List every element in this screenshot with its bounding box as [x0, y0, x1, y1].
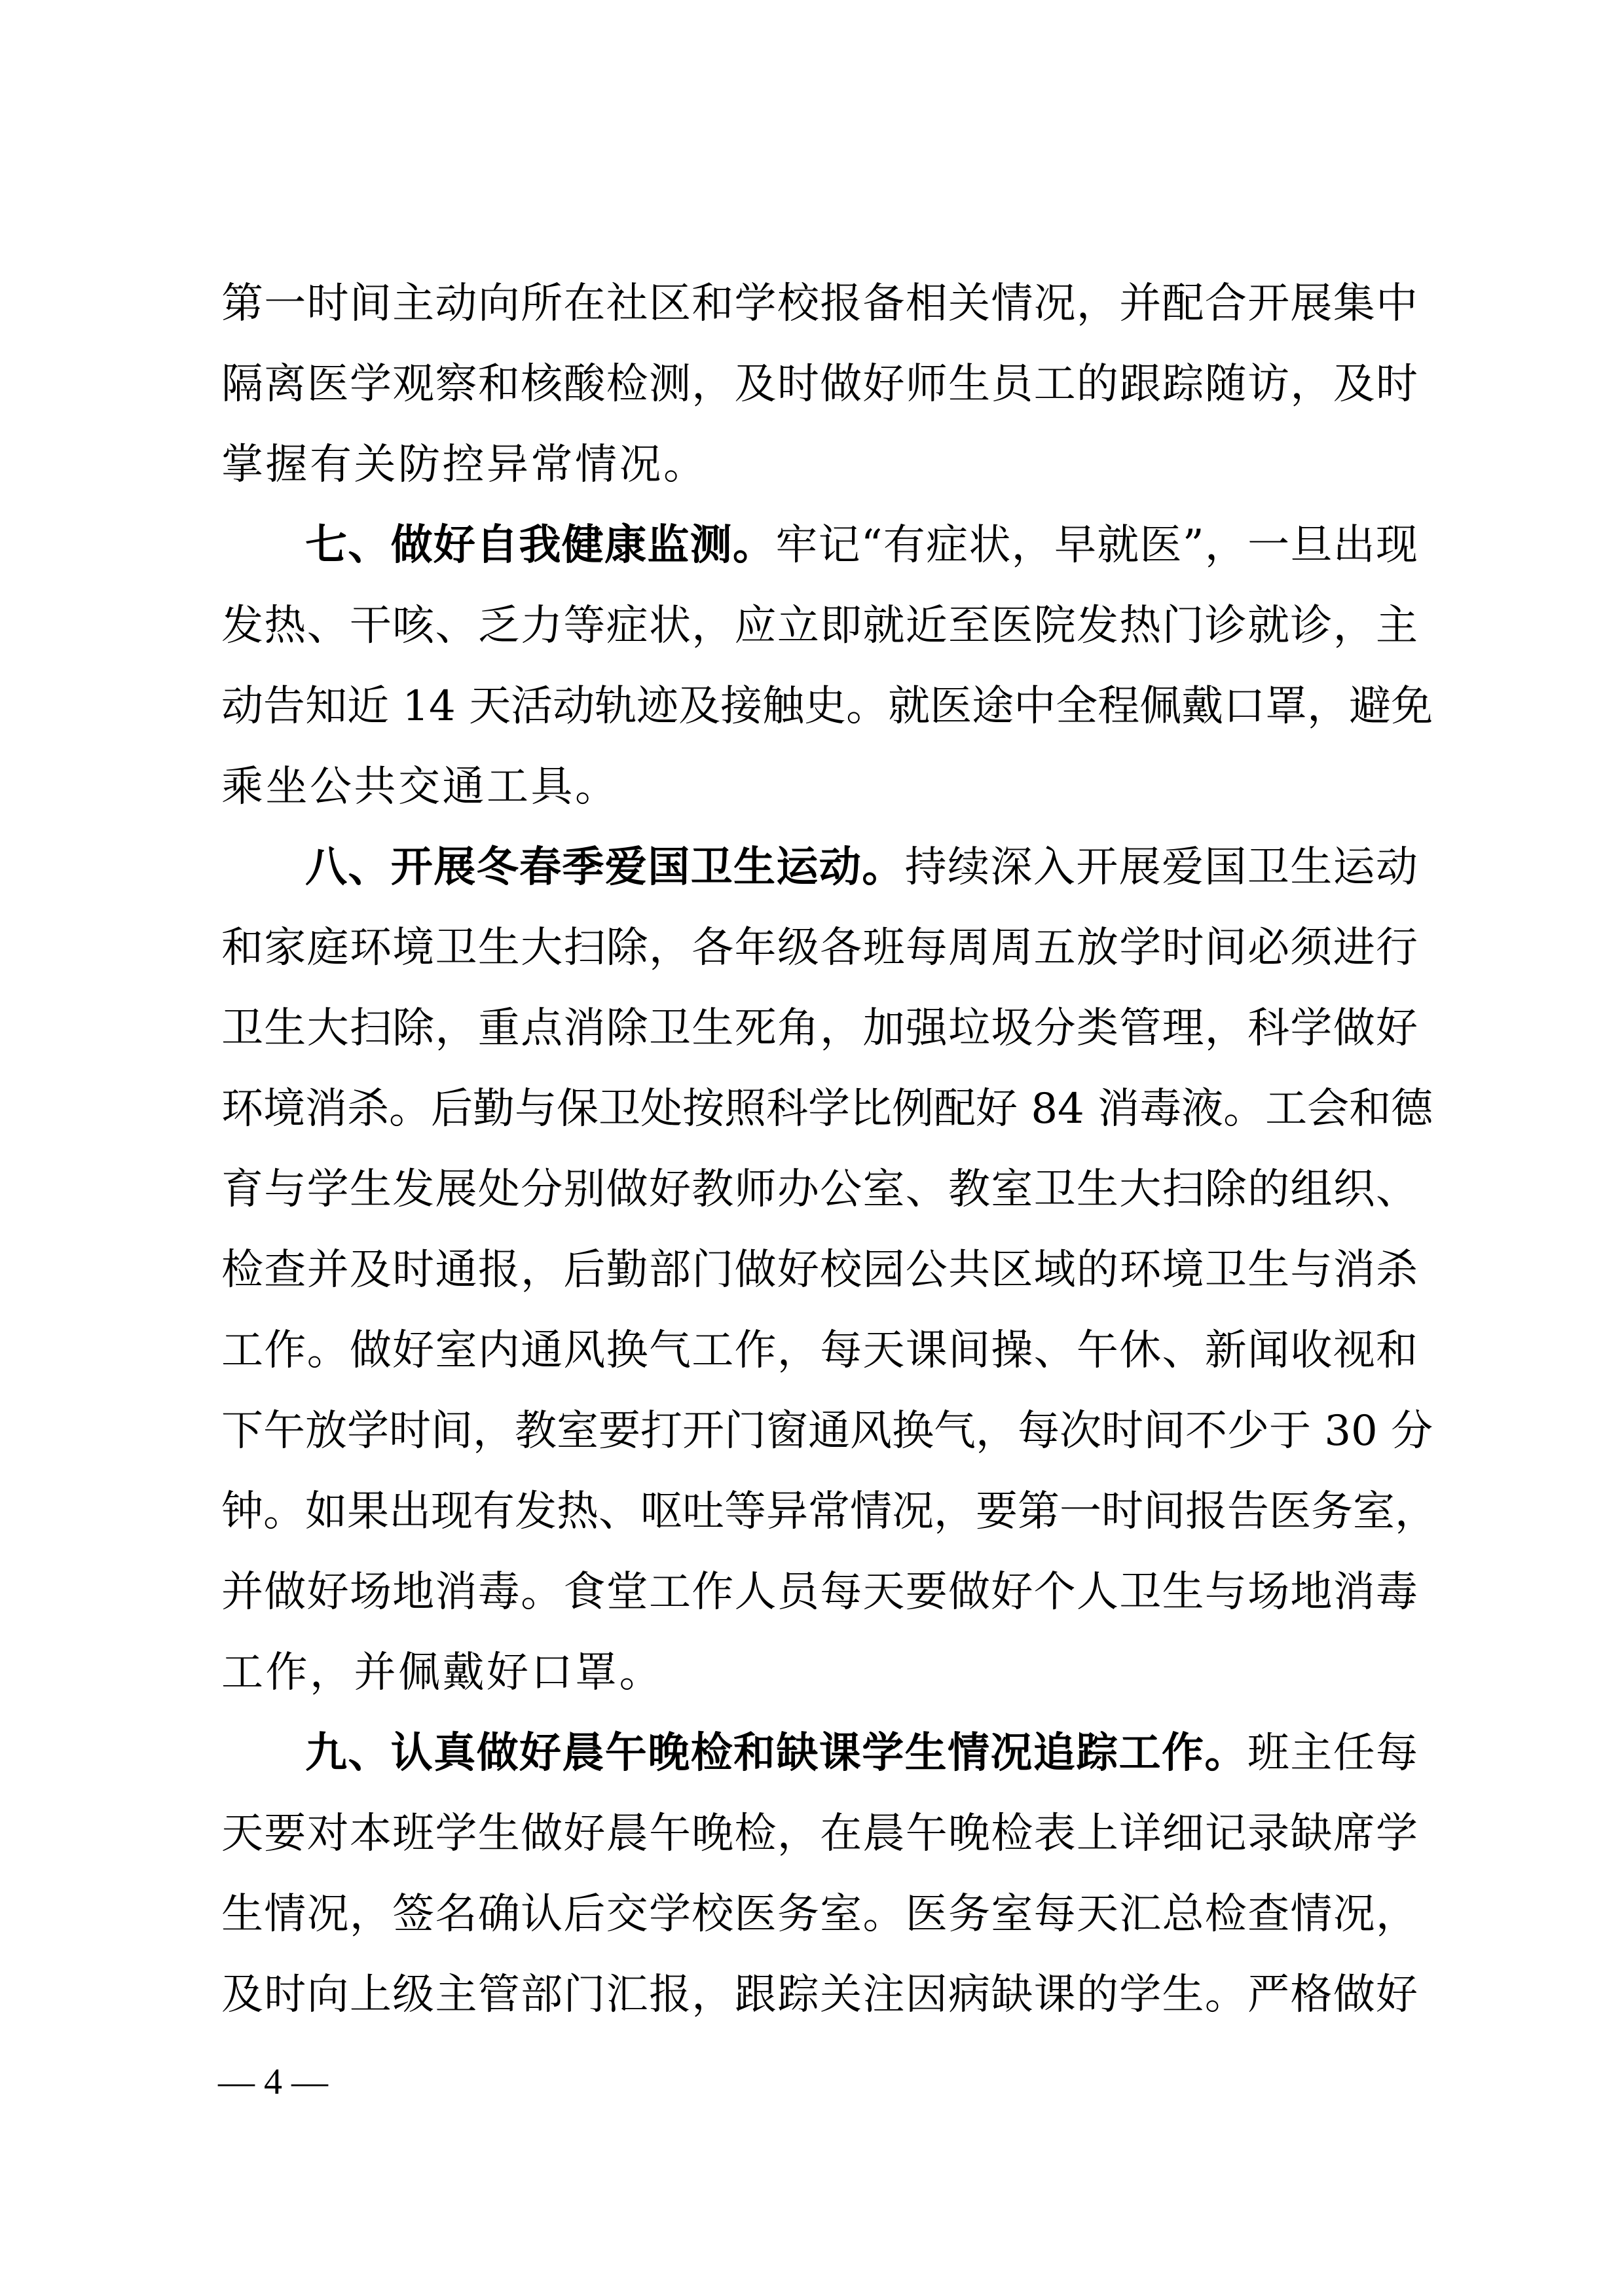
body-line: 动告知近 14 天活动轨迹及接触史。就医途中全程佩戴口罩，避免 [221, 666, 1418, 747]
section-8-first-line: 八、开展冬春季爱国卫生运动。持续深入开展爱国卫生运动 [305, 828, 1418, 908]
body-text: 班主任每 [1247, 1729, 1418, 1777]
body-line: 天要对本班学生做好晨午晚检，在晨午晚检表上详细记录缺席学 [221, 1794, 1418, 1874]
document-page: 第一时间主动向所在社区和学校报备相关情况，并配合开展集中 隔离医学观察和核酸检测… [0, 0, 1624, 2296]
page-number: — 4 — [218, 2062, 328, 2102]
body-line: 掌握有关防控异常情况。 [221, 425, 1418, 505]
body-line: 第一时间主动向所在社区和学校报备相关情况，并配合开展集中 [221, 264, 1418, 344]
section-heading-8: 八、开展冬春季爱国卫生运动。 [305, 843, 905, 892]
section-9-first-line: 九、认真做好晨午晚检和缺课学生情况追踪工作。班主任每 [305, 1713, 1418, 1794]
body-line: 隔离医学观察和核酸检测，及时做好师生员工的跟踪随访，及时 [221, 344, 1418, 425]
body-line: 工作，并佩戴好口罩。 [221, 1633, 1418, 1713]
body-text: 持续深入开展爱国卫生运动 [905, 843, 1418, 892]
body-line: 检查并及时通报，后勤部门做好校园公共区域的环境卫生与消杀 [221, 1230, 1418, 1311]
section-heading-7: 七、做好自我健康监测。 [305, 521, 775, 570]
body-line: 和家庭环境卫生大扫除，各年级各班每周周五放学时间必须进行 [221, 908, 1418, 989]
section-7-first-line: 七、做好自我健康监测。牢记“有症状，早就医”，一旦出现 [305, 505, 1418, 586]
section-heading-9: 九、认真做好晨午晚检和缺课学生情况追踪工作。 [305, 1729, 1247, 1777]
body-line: 并做好场地消毒。食堂工作人员每天要做好个人卫生与场地消毒 [221, 1552, 1418, 1633]
body-line: 发热、干咳、乏力等症状，应立即就近至医院发热门诊就诊，主 [221, 586, 1418, 666]
body-line: 卫生大扫除，重点消除卫生死角，加强垃圾分类管理，科学做好 [221, 989, 1418, 1069]
body-line: 育与学生发展处分别做好教师办公室、教室卫生大扫除的组织、 [221, 1150, 1418, 1230]
body-line: 乘坐公共交通工具。 [221, 747, 1418, 828]
body-line: 环境消杀。后勤与保卫处按照科学比例配好 84 消毒液。工会和德 [221, 1069, 1418, 1150]
body-text: 牢记“有症状，早就医”，一旦出现 [775, 521, 1418, 570]
body-line: 工作。做好室内通风换气工作，每天课间操、午休、新闻收视和 [221, 1311, 1418, 1391]
body-line: 生情况，签名确认后交学校医务室。医务室每天汇总检查情况， [221, 1874, 1418, 1955]
body-line: 钟。如果出现有发热、呕吐等异常情况，要第一时间报告医务室， [221, 1472, 1418, 1552]
body-line: 下午放学时间，教室要打开门窗通风换气，每次时间不少于 30 分 [221, 1391, 1418, 1472]
body-line: 及时向上级主管部门汇报，跟踪关注因病缺课的学生。严格做好 [221, 1955, 1418, 2035]
